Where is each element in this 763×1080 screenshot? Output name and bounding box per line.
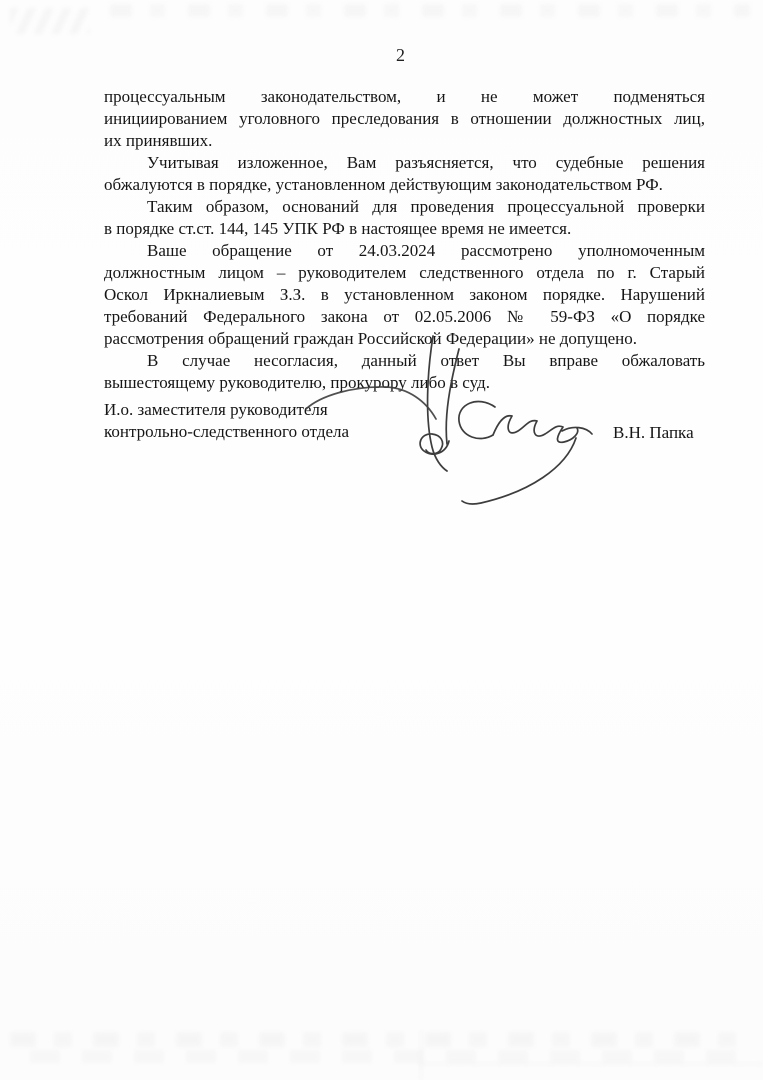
text-line: должностным лицом – руководителем следст… — [104, 262, 705, 284]
scan-artifact — [418, 1063, 763, 1065]
scan-artifact — [10, 8, 90, 34]
signer-name: В.Н. Папка — [613, 423, 694, 443]
page-number: 2 — [396, 45, 405, 66]
text-line: Таким образом, оснований для проведения … — [104, 196, 705, 218]
text-line: процессуальным законодательством, и не м… — [104, 86, 705, 108]
scan-artifact — [30, 1050, 750, 1063]
text-line: Учитывая изложенное, Вам разъясняется, ч… — [104, 152, 705, 174]
text-line: инициированием уголовного преследования … — [104, 108, 705, 130]
text-line: вышестоящему руководителю, прокурору либ… — [104, 372, 705, 394]
scanned-document-page: 2 процессуальным законодательством, и не… — [0, 0, 763, 1080]
text-line: обжалуются в порядке, установленном дейс… — [104, 174, 705, 196]
text-line: рассмотрения обращений граждан Российско… — [104, 328, 705, 350]
signer-position-line-1: И.о. заместителя руководителя — [104, 399, 705, 421]
scan-artifact — [110, 4, 750, 17]
document-body: процессуальным законодательством, и не м… — [104, 86, 705, 394]
text-line: их принявших. — [104, 130, 705, 152]
text-line: Оскол Иркналиевым З.З. в установленном з… — [104, 284, 705, 306]
text-line: в порядке ст.ст. 144, 145 УПК РФ в насто… — [104, 218, 705, 240]
scan-artifact — [10, 1032, 755, 1047]
text-line: Ваше обращение от 24.03.2024 рассмотрено… — [104, 240, 705, 262]
signature-block: И.о. заместителя руководителя контрольно… — [104, 399, 705, 443]
text-line: В случае несогласия, данный ответ Вы впр… — [104, 350, 705, 372]
scan-artifact — [420, 1030, 422, 1080]
text-line: требований Федерального закона от 02.05.… — [104, 306, 705, 328]
